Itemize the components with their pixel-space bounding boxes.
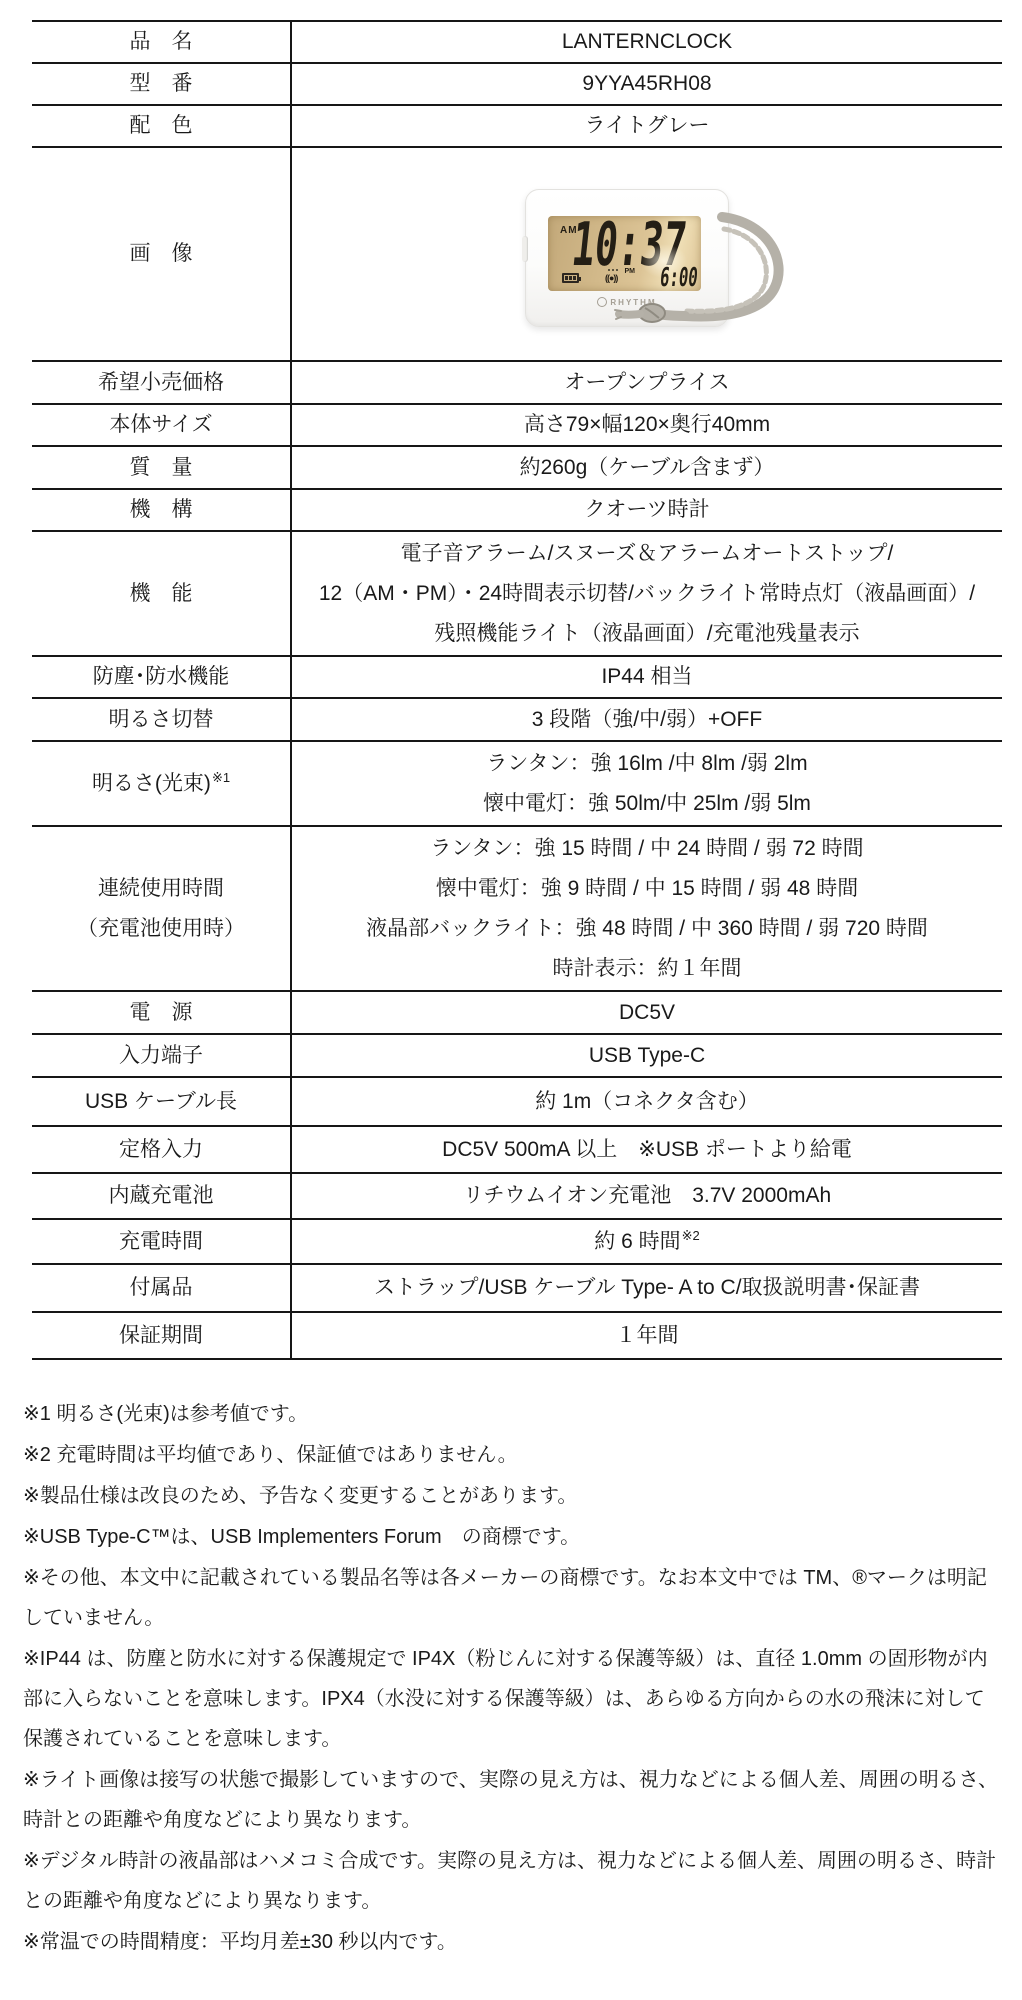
spec-value: １年間 [292,1313,1002,1358]
spec-value: 電子音アラーム/スヌーズ＆アラームオートストップ/12（AM・PM）・24時間表… [292,532,1002,655]
strap-rope [525,189,795,359]
spec-sheet: 品 名LANTERNCLOCK型 番9YYA45RH08配 色ライトグレー画 像… [0,0,1022,2000]
spec-row: 付属品ストラップ/USB ケーブル Type- A to C/取扱説明書･保証書 [32,1265,1002,1313]
spec-value: ランタン：強 16lm /中 8lm /弱 2lm懐中電灯：強 50lm/中 2… [292,742,1002,825]
spec-label: 電 源 [32,992,292,1033]
spec-value: ライトグレー [292,106,1002,146]
spec-label: 品 名 [32,22,292,62]
spec-row: 型 番9YYA45RH08 [32,64,1002,106]
spec-value: DC5V 500mA 以上 ※USB ポートより給電 [292,1127,1002,1172]
spec-label: 入力端子 [32,1035,292,1076]
spec-row: 本体サイズ高さ79×幅120×奥行40mm [32,405,1002,447]
spec-label: 本体サイズ [32,405,292,445]
spec-row: 明るさ(光束)※1ランタン：強 16lm /中 8lm /弱 2lm懐中電灯：強… [32,742,1002,827]
spec-value: リチウムイオン充電池 3.7V 2000mAh [292,1174,1002,1218]
spec-label: 保証期間 [32,1313,292,1358]
spec-value: ランタン：強 15 時間 / 中 24 時間 / 弱 72 時間懐中電灯：強 9… [292,827,1002,990]
spec-row: 質 量約260g（ケーブル含まず） [32,447,1002,490]
spec-row: 画 像 AM 10:37 ((●)) PM 6:00 RHYTHM [32,148,1002,362]
spec-row: 配 色ライトグレー [32,106,1002,148]
footnote: ※IP44 は、防塵と防水に対する保護規定で IP4X（粉じんに対する保護等級）… [23,1639,1000,1759]
footnote: ※ライト画像は接写の状態で撮影していますので、実際の見え方は、視力などによる個人… [23,1760,1000,1840]
footnote: ※製品仕様は改良のため、予告なく変更することがあります。 [23,1476,1000,1516]
spec-value: USB Type-C [292,1035,1002,1076]
product-photo: AM 10:37 ((●)) PM 6:00 RHYTHM [525,189,727,325]
spec-label: 質 量 [32,447,292,488]
spec-value: AM 10:37 ((●)) PM 6:00 RHYTHM [292,148,1002,360]
spec-row: 電 源DC5V [32,992,1002,1035]
spec-label: 付属品 [32,1265,292,1311]
spec-label: USB ケーブル長 [32,1078,292,1125]
spec-row: 内蔵充電池リチウムイオン充電池 3.7V 2000mAh [32,1174,1002,1220]
spec-value: 3 段階（強/中/弱）+OFF [292,699,1002,740]
spec-label: 明るさ(光束)※1 [32,742,292,825]
spec-value: 約 1m（コネクタ含む） [292,1078,1002,1125]
footnote: ※USB Type-C™は、USB Implementers Forum の商標… [23,1517,1000,1557]
spec-label: 機 構 [32,490,292,530]
spec-value: IP44 相当 [292,657,1002,697]
spec-row: 入力端子USB Type-C [32,1035,1002,1078]
spec-row: 機 構クオーツ時計 [32,490,1002,532]
spec-value: ストラップ/USB ケーブル Type- A to C/取扱説明書･保証書 [292,1265,1002,1311]
spec-value: オープンプライス [292,362,1002,403]
spec-row: 機 能電子音アラーム/スヌーズ＆アラームオートストップ/12（AM・PM）・24… [32,532,1002,657]
spec-value: 9YYA45RH08 [292,64,1002,104]
spec-label: 画 像 [32,148,292,360]
footnote: ※常温での時間精度：平均月差±30 秒以内です。 [23,1922,1000,1962]
spec-label: 希望小売価格 [32,362,292,403]
spec-row: 充電時間約 6 時間※2 [32,1220,1002,1265]
footnote: ※その他、本文中に記載されている製品名等は各メーカーの商標です。なお本文中では … [23,1558,1000,1638]
spec-value: 高さ79×幅120×奥行40mm [292,405,1002,445]
spec-value: LANTERNCLOCK [292,22,1002,62]
footnote: ※1 明るさ(光束)は参考値です。 [23,1394,1000,1434]
spec-value: DC5V [292,992,1002,1033]
spec-row: USB ケーブル長約 1m（コネクタ含む） [32,1078,1002,1127]
spec-label: 充電時間 [32,1220,292,1263]
footnote: ※2 充電時間は平均値であり、保証値ではありません。 [23,1435,1000,1475]
spec-value: 約260g（ケーブル含まず） [292,447,1002,488]
spec-value: 約 6 時間※2 [292,1220,1002,1263]
spec-table: 品 名LANTERNCLOCK型 番9YYA45RH08配 色ライトグレー画 像… [32,20,1002,1360]
spec-label: 防塵･防水機能 [32,657,292,697]
footnotes: ※1 明るさ(光束)は参考値です。※2 充電時間は平均値であり、保証値ではありま… [23,1394,1000,1963]
spec-label: 型 番 [32,64,292,104]
footnote: ※デジタル時計の液晶部はハメコミ合成です。実際の見え方は、視力などによる個人差、… [23,1841,1000,1921]
spec-label: 明るさ切替 [32,699,292,740]
spec-label: 機 能 [32,532,292,655]
spec-label: 配 色 [32,106,292,146]
spec-row: 明るさ切替3 段階（強/中/弱）+OFF [32,699,1002,742]
spec-label: 内蔵充電池 [32,1174,292,1218]
spec-row: 希望小売価格オープンプライス [32,362,1002,405]
spec-row: 連続使用時間（充電池使用時）ランタン：強 15 時間 / 中 24 時間 / 弱… [32,827,1002,992]
spec-row: 保証期間１年間 [32,1313,1002,1360]
spec-value: クオーツ時計 [292,490,1002,530]
spec-row: 定格入力DC5V 500mA 以上 ※USB ポートより給電 [32,1127,1002,1174]
spec-row: 防塵･防水機能IP44 相当 [32,657,1002,699]
spec-row: 品 名LANTERNCLOCK [32,22,1002,64]
spec-label: 定格入力 [32,1127,292,1172]
spec-label: 連続使用時間（充電池使用時） [32,827,292,990]
